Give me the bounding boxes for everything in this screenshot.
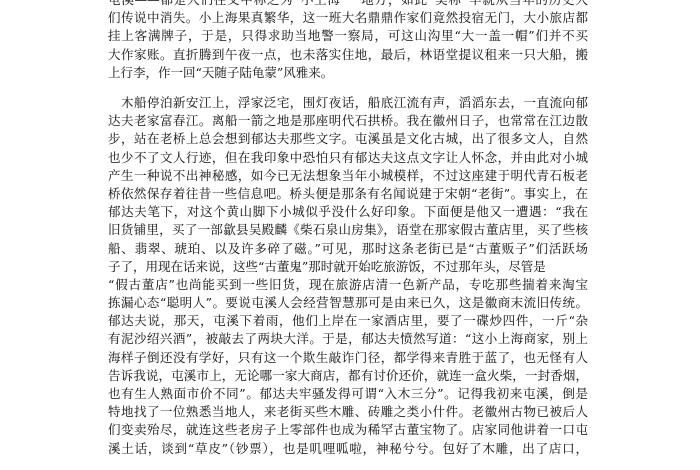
text-line: 木船停泊新安江上，浮家泛宅，围灯夜话，船底江流有声，滔滔东去，一直流向郁 (108, 94, 588, 112)
text-line: 们变卖殆尽，就连这些老房子上零部件也成为稀罕古董宝物了。店家同他讲着一口屯 (108, 421, 588, 439)
text-line: 郁达夫说，那天，屯溪下着雨，他们上岸在一家酒店里，要了一碟炒四件，一斤“杂 (108, 312, 588, 330)
text-line: 步，站在老桥上总会想到郁达夫那些文字。屯溪虽是文化古城，出了很多文人，自然 (108, 130, 588, 148)
document-page: 屯溪——都是人们往文中称之为“小上海”一地方，如此“美称”早就从当年的历史人 们… (0, 0, 700, 470)
text-line: 特地找了一位熟悉当地人，来老街买些木雕、砖雕之类小什件。老徽州古物已被后人 (108, 403, 588, 421)
paragraph-2: 木船停泊新安江上，浮家泛宅，围灯夜话，船底江流有声，滔滔东去，一直流向郁 达夫老… (108, 94, 588, 458)
text-line: 子了，用现在话来说，这些“古董鬼”那时就开始吃旅游饭，不过那年头，尽管是 (108, 258, 588, 276)
text-line: 产生一种说不出神秘感，如今已无法想象当年小城模样，不过这座建于明代青石板老 (108, 167, 588, 185)
text-line: 桥依然保存着往昔一些信息吧。桥头便是那条有名闻说建于宋朝“老街”。事实上，在 (108, 185, 588, 203)
text-line: 们传说中消失。小上海果真繁华，这一班大名鼎鼎作家们竟然投宿无门，大小旅店都 (108, 9, 588, 27)
text-line: “假古董店”也尚能买到一些旧货，现在旅游店清一色新产品，专吃那些揣着来淘宝 (108, 276, 588, 294)
text-line: 郁达夫笔下，对这个黄山脚下小城似乎没什么好印象。下面便是他又一遭遇：“我在 (108, 203, 588, 221)
text-line: 大作家账。直折腾到午夜一点，也未落实住地，最后，林语堂提议租来一只大船，搬 (108, 46, 588, 64)
text-line: 拣漏心态“聪明人”。要说屯溪人会经营智慧那可是由来已久，这是徽商末流旧传统。 (108, 294, 588, 312)
text-line: 也少不了文人行迹，但在我印象中恐怕只有郁达夫这点文字让人怀念，并由此对小城 (108, 149, 588, 167)
text-line: 有泥沙绍兴酒”，被敲去了两块大洋。于是，郁达夫愤然写道：“这小上海商家，别上 (108, 330, 588, 348)
text-line: 告诉我说，屯溪市上，无论哪一家大商店，都有讨价还价，就连一盒火柴，一封香烟， (108, 367, 588, 385)
paragraph-1: 屯溪——都是人们往文中称之为“小上海”一地方，如此“美称”早就从当年的历史人 们… (108, 0, 588, 82)
text-line: 海样子倒还没有学好，只有这一个欺生敲诈门径，都学得来青胜于蓝了，也无怪有人 (108, 349, 588, 367)
text-line: 船、翡翠、琥珀、以及许多碎了磁。”可见，那时这条老街已是“古董贩子”们活跃场 (108, 240, 588, 258)
text-line: 旧货铺里，买了一部歙县吴殿麟《柴石泉山房集》，语堂在那家假古董店里，买了些核 (108, 221, 588, 239)
text-line: 达夫老家富春江。离船一箭之地是那座明代石拱桥。我在徽州日子，也常常在江边散 (108, 112, 588, 130)
text-line: 上行李，作一回“天随子陆龟蒙”风雅来。 (108, 64, 588, 82)
text-line: 也有生人熟面市价不同”。郁达夫牢骚发得可谓“入木三分”。记得我初来屯溪，倒是 (108, 385, 588, 403)
text-line: 屯溪——都是人们往文中称之为“小上海”一地方，如此“美称”早就从当年的历史人 (108, 0, 588, 9)
text-line: 溪土话，谈到“草皮”（钞票），也是叽哩呱啦，神秘兮兮。包好了木雕，出了店口， (108, 440, 588, 458)
text-line: 挂上客满牌子，于是，只得求助当地警一察局，可这山沟里“大一盖一帽”们并不买 (108, 27, 588, 45)
